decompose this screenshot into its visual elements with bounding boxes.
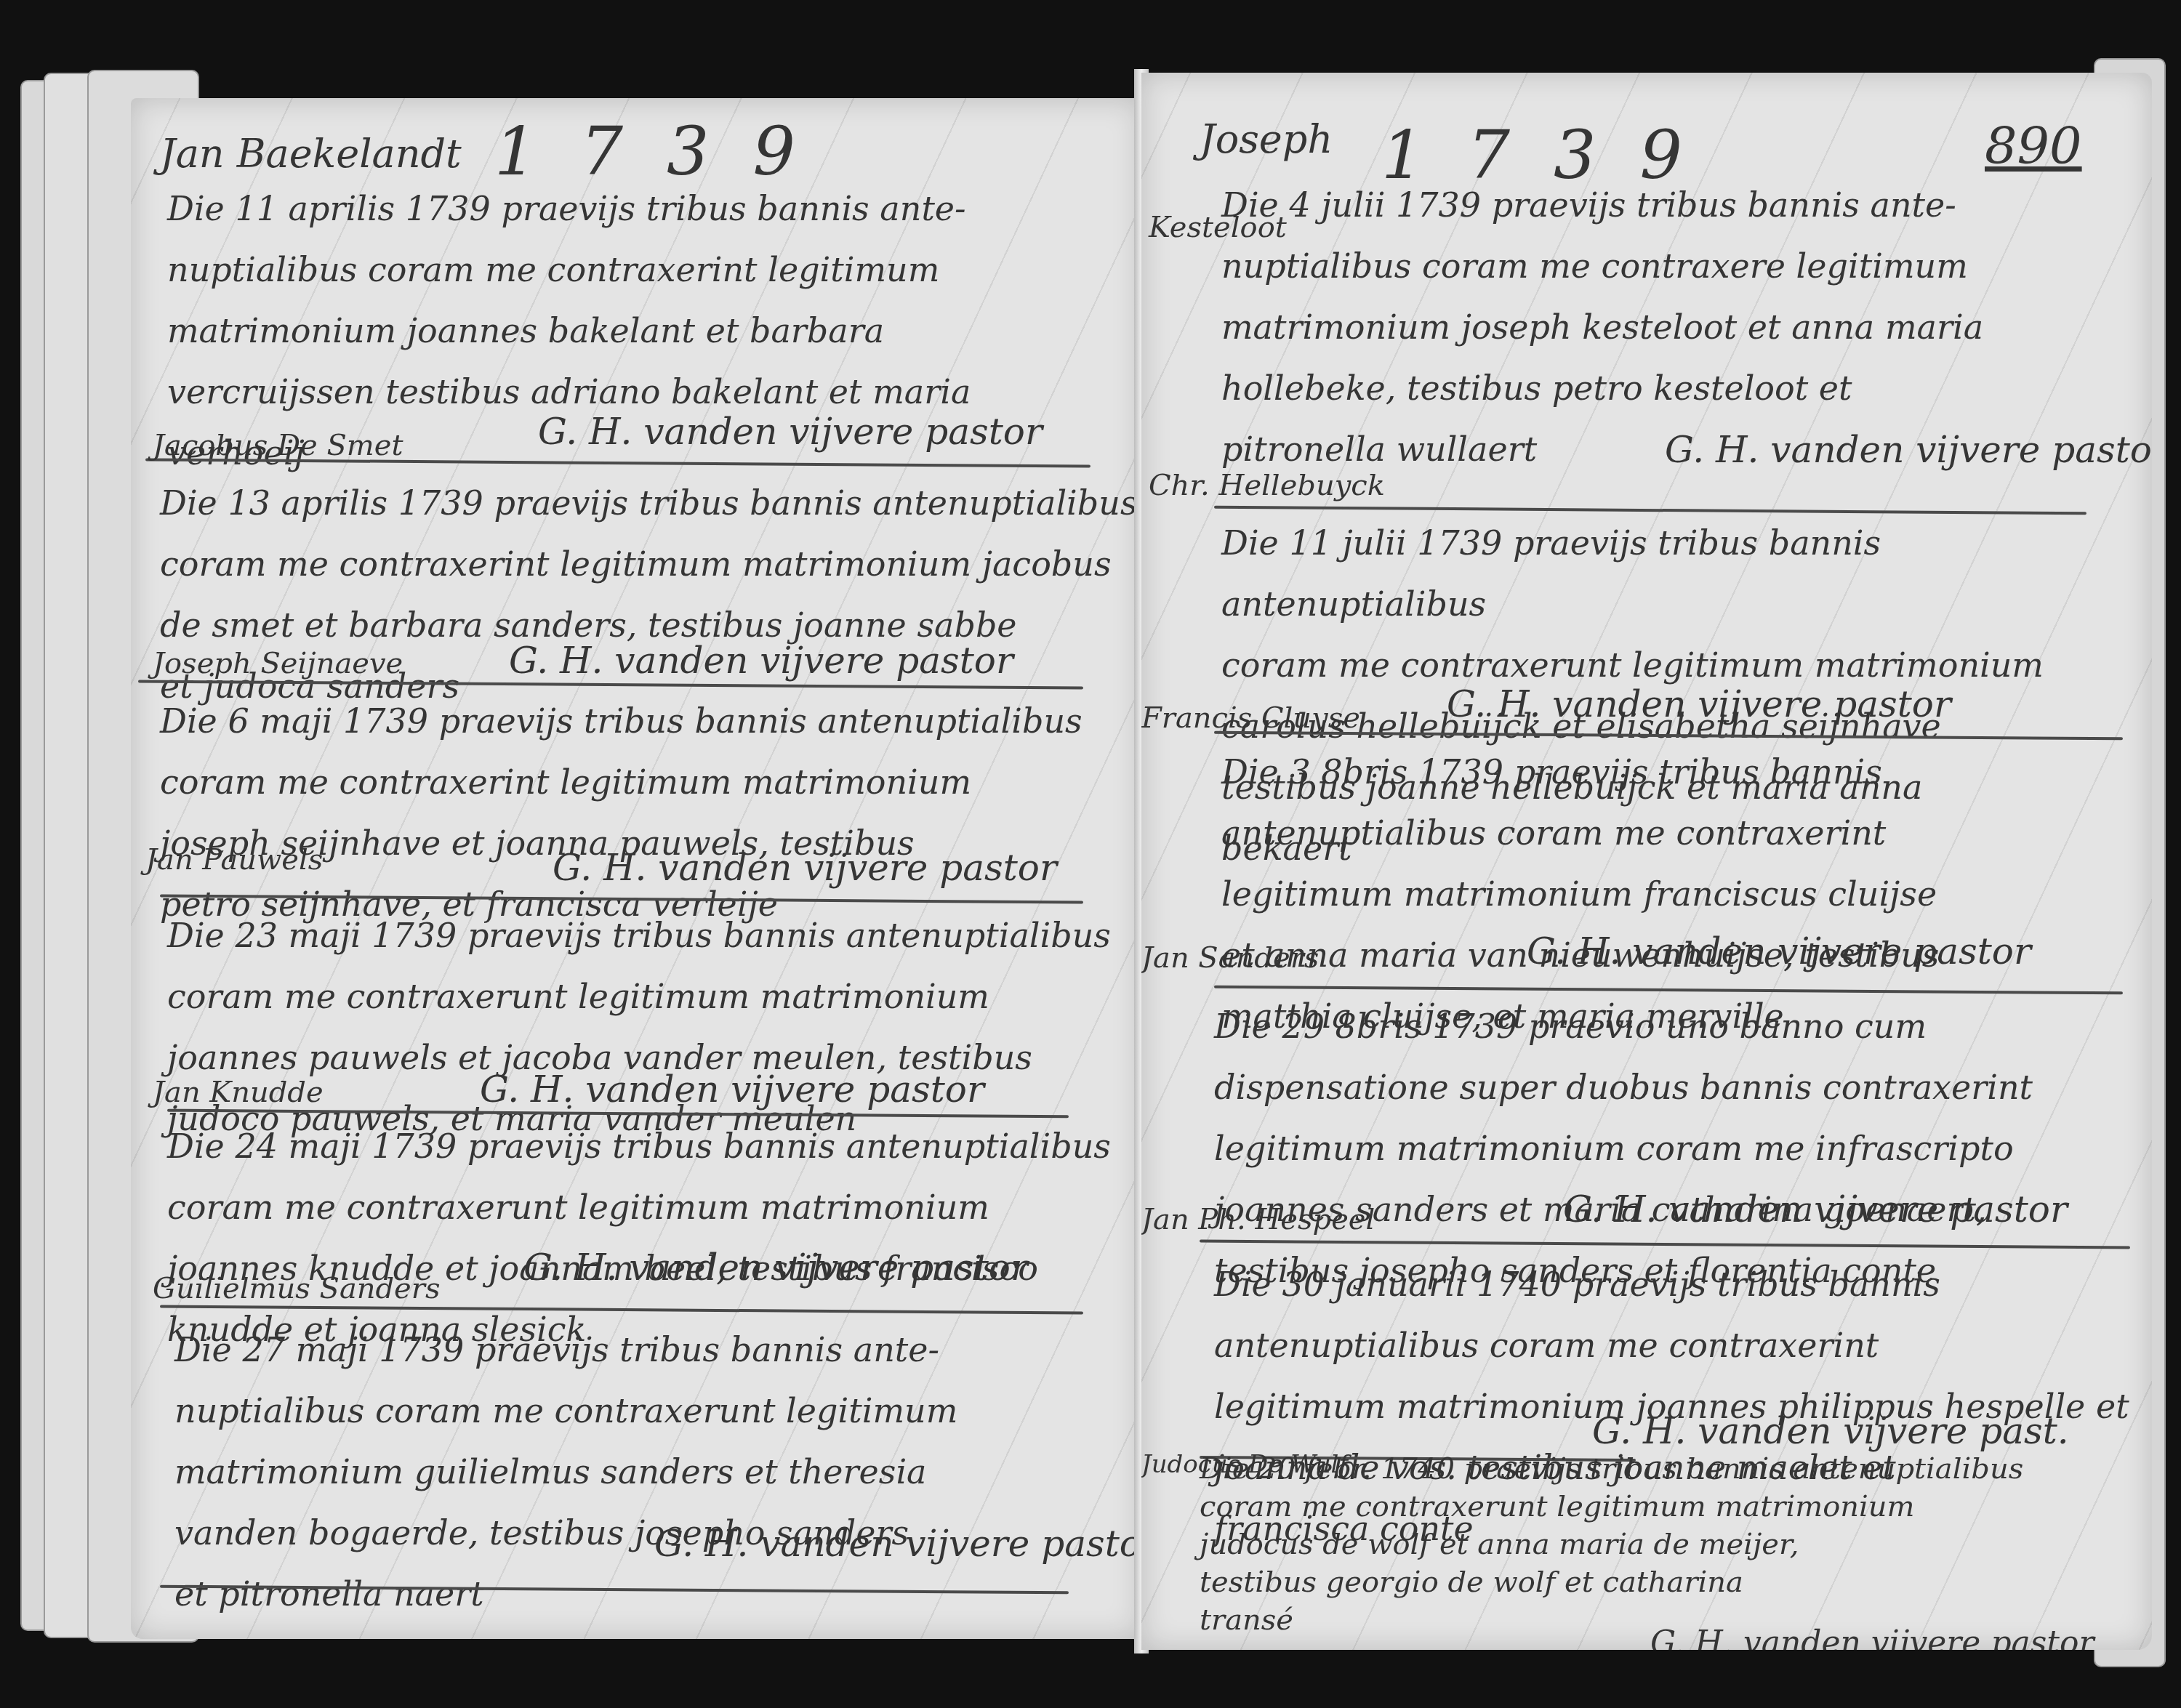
margin-name: Jan Knudde bbox=[153, 1076, 324, 1109]
pastor-signature: G. H. vanden vijvere pastor bbox=[523, 1246, 1028, 1289]
right-page: Joseph 1739 890 Kesteloot Die 4 julii 17… bbox=[1141, 73, 2152, 1650]
pastor-signature: G. H. vanden vijvere pastor bbox=[1447, 683, 1951, 725]
left-page: Jan Baekelandt 1739 Die 11 aprilis 1739 … bbox=[131, 98, 1141, 1639]
pastor-signature: G. H. vanden vijvere pastor bbox=[538, 411, 1043, 453]
register-entry: Die 20 febr. 1740 praevijs tribus bannis… bbox=[1200, 1450, 2023, 1639]
header-margin-name: Joseph bbox=[1200, 116, 1333, 162]
header-margin-name: Jan Baekelandt bbox=[160, 131, 462, 177]
pastor-signature: G. H. vanden vijvere pastor bbox=[480, 1068, 984, 1111]
pastor-signature: G. H. vanden vijvere pastor bbox=[1665, 429, 2152, 471]
pastor-signature: G. H. vanden vijvere pastor bbox=[1527, 930, 2031, 972]
margin-name: Jacobus De Smet bbox=[153, 429, 403, 462]
pastor-signature: G. H. vanden vijvere pastor bbox=[509, 640, 1013, 682]
margin-name: Francis Cluyse bbox=[1141, 701, 1360, 735]
margin-name: Guilielmus Sanders bbox=[153, 1272, 440, 1305]
margin-name: Jan Ph. Hespeel bbox=[1141, 1203, 1375, 1236]
pastor-signature: G. H. vanden vijvere pastor bbox=[1650, 1624, 2094, 1650]
margin-name: Chr. Hellebuyck bbox=[1149, 469, 1385, 502]
register-entry: Die 27 maji 1739 praevijs tribus bannis … bbox=[174, 1319, 957, 1624]
margin-name: Jan Sanders bbox=[1141, 941, 1319, 975]
margin-name: Jan Pauwels bbox=[145, 843, 323, 877]
margin-name: Joseph Seijnaeve bbox=[153, 647, 403, 680]
pastor-signature: G. H. vanden vijvere pastor bbox=[1563, 1188, 2068, 1230]
pastor-signature: G. H. vanden vijvere pastor bbox=[553, 847, 1057, 889]
pastor-signature: G. H. vanden vijvere pastor bbox=[654, 1523, 1141, 1565]
page-number: 890 bbox=[1985, 116, 2082, 176]
pastor-signature: G. H. vanden vijvere past. bbox=[1592, 1410, 2069, 1452]
